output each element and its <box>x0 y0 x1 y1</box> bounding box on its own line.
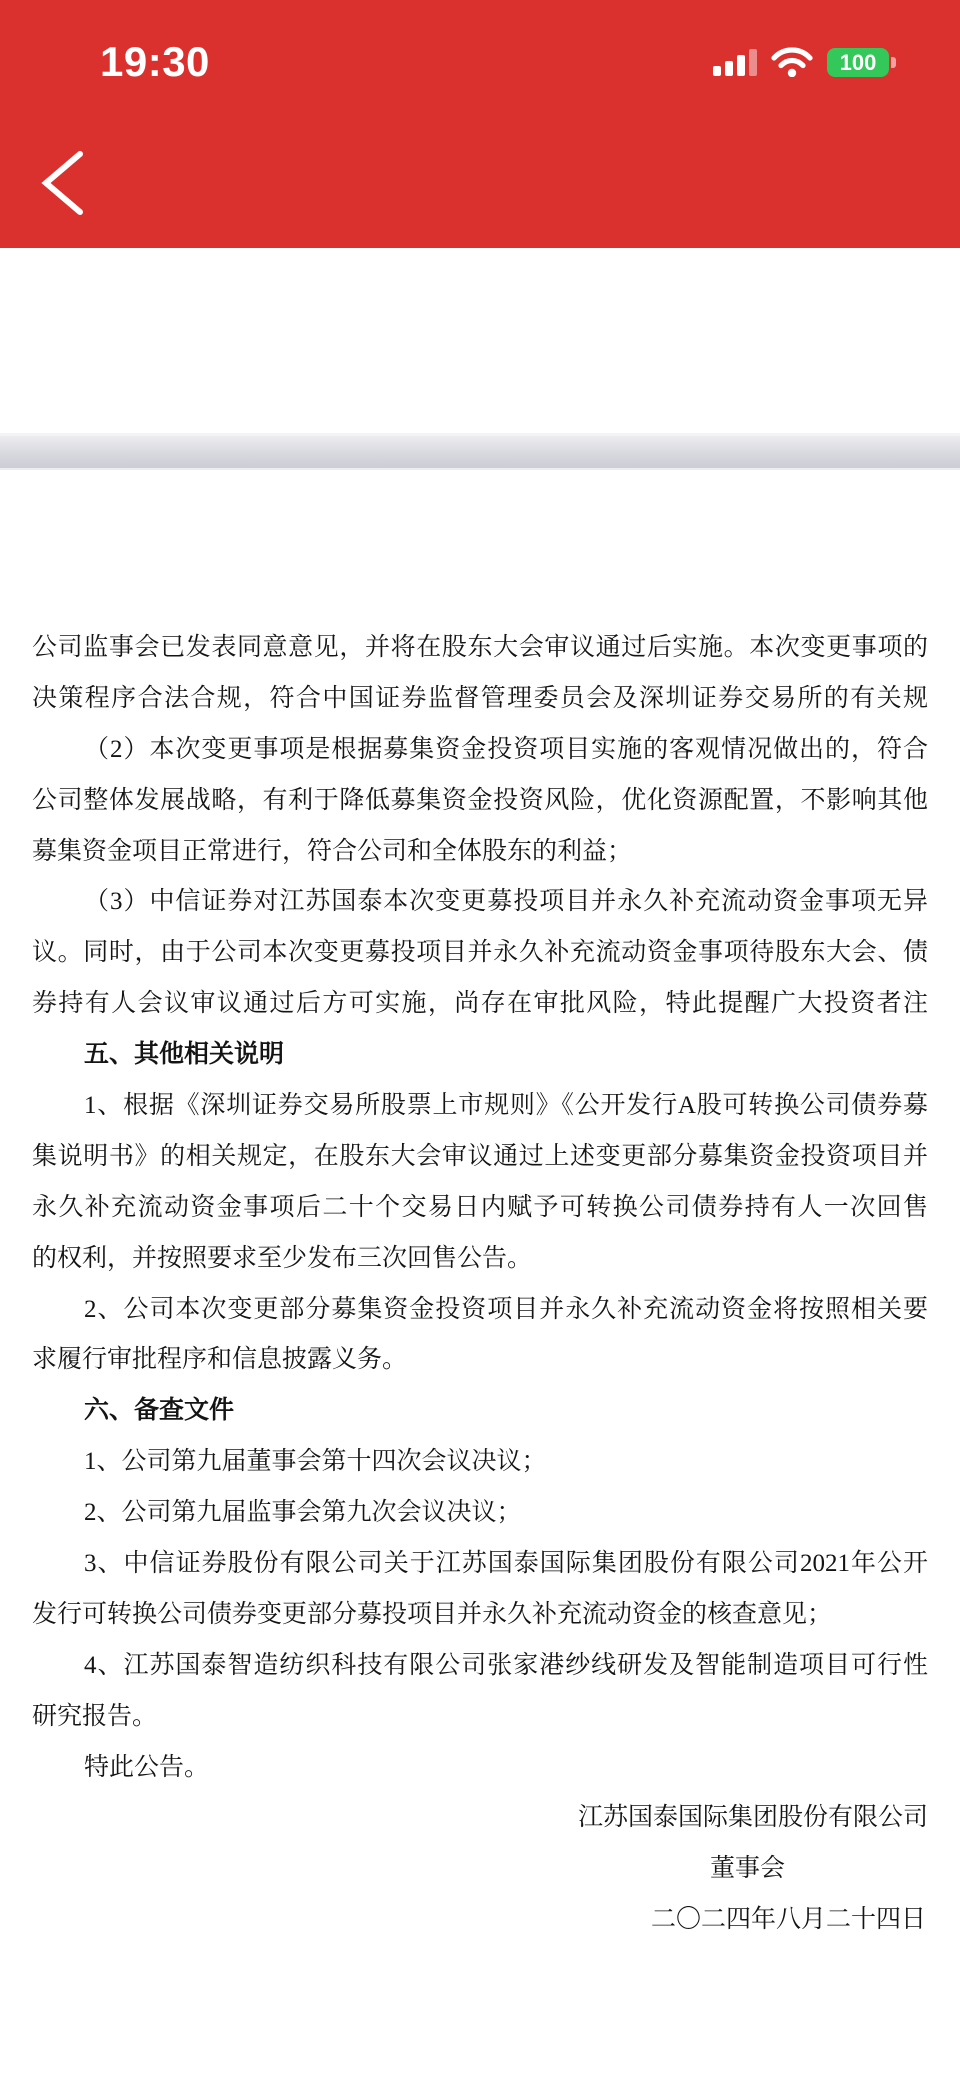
page-separator <box>0 433 960 470</box>
wifi-icon <box>771 47 813 77</box>
doc-line: 3、中信证券股份有限公司关于江苏国泰国际集团股份有限公司2021年公开 <box>32 1539 928 1590</box>
battery-icon: 100 <box>827 48 896 77</box>
doc-line: 二〇二四年八月二十四日 <box>32 1895 928 1946</box>
doc-line: （3）中信证券对江苏国泰本次变更募投项目并永久补充流动资金事项无异 <box>32 877 928 928</box>
doc-line: 募集资金项目正常进行，符合公司和全体股东的利益； <box>32 827 928 878</box>
doc-line: 发行可转换公司债券变更部分募投项目并永久补充流动资金的核查意见； <box>32 1590 928 1641</box>
doc-line: 董事会 <box>32 1844 928 1895</box>
cellular-signal-icon <box>713 48 757 76</box>
signal-bar <box>713 66 721 76</box>
doc-line: 券持有人会议审议通过后方可实施，尚存在审批风险，特此提醒广大投资者注意。 <box>32 979 928 1030</box>
doc-line: （2）本次变更事项是根据募集资金投资项目实施的客观情况做出的，符合 <box>32 725 928 776</box>
pdf-page-document: 公司监事会已发表同意意见，并将在股东大会审议通过后实施。本次变更事项的决策程序合… <box>0 470 960 2076</box>
pdf-page-previous-blank <box>0 248 960 433</box>
doc-line: 4、江苏国泰智造纺织科技有限公司张家港纱线研发及智能制造项目可行性 <box>32 1641 928 1692</box>
doc-line: 决策程序合法合规，符合中国证券监督管理委员会及深圳证券交易所的有关规定； <box>32 674 928 725</box>
battery-nub <box>891 57 896 68</box>
document-lines: 公司监事会已发表同意意见，并将在股东大会审议通过后实施。本次变更事项的决策程序合… <box>0 623 960 1946</box>
status-icons: 100 <box>713 47 896 77</box>
doc-line: 永久补充流动资金事项后二十个交易日内赋予可转换公司债券持有人一次回售 <box>32 1183 928 1234</box>
battery-level: 100 <box>827 48 889 77</box>
doc-line: 公司整体发展战略，有利于降低募集资金投资风险，优化资源配置，不影响其他 <box>32 776 928 827</box>
doc-line: 求履行审批程序和信息披露义务。 <box>32 1335 928 1386</box>
pdf-viewer[interactable]: 公司监事会已发表同意意见，并将在股东大会审议通过后实施。本次变更事项的决策程序合… <box>0 248 960 2076</box>
chevron-left-icon <box>38 146 94 222</box>
doc-line: 议。同时，由于公司本次变更募投项目并永久补充流动资金事项待股东大会、债 <box>32 928 928 979</box>
signal-bar <box>737 55 745 76</box>
doc-line: 1、根据《深圳证券交易所股票上市规则》《公开发行A股可转换公司债券募 <box>32 1081 928 1132</box>
doc-heading: 五、其他相关说明 <box>32 1030 928 1081</box>
doc-line: 江苏国泰国际集团股份有限公司 <box>32 1793 928 1844</box>
doc-heading: 六、备查文件 <box>32 1386 928 1437</box>
status-time: 19:30 <box>100 40 210 84</box>
doc-line: 2、公司本次变更部分募集资金投资项目并永久补充流动资金将按照相关要 <box>32 1285 928 1336</box>
app-header: 19:30 100 <box>0 0 960 248</box>
doc-line: 的权利，并按照要求至少发布三次回售公告。 <box>32 1234 928 1285</box>
doc-line: 1、公司第九届董事会第十四次会议决议； <box>32 1437 928 1488</box>
signal-bar <box>749 49 757 76</box>
doc-line: 研究报告。 <box>32 1692 928 1743</box>
back-button[interactable] <box>38 146 94 222</box>
doc-line: 公司监事会已发表同意意见，并将在股东大会审议通过后实施。本次变更事项的 <box>32 623 928 674</box>
signal-bar <box>725 61 733 76</box>
doc-line: 特此公告。 <box>32 1743 928 1794</box>
doc-line: 2、公司第九届监事会第九次会议决议； <box>32 1488 928 1539</box>
status-bar: 19:30 100 <box>0 40 960 84</box>
doc-line: 集说明书》的相关规定，在股东大会审议通过上述变更部分募集资金投资项目并 <box>32 1132 928 1183</box>
battery-percent-text: 100 <box>840 48 877 77</box>
